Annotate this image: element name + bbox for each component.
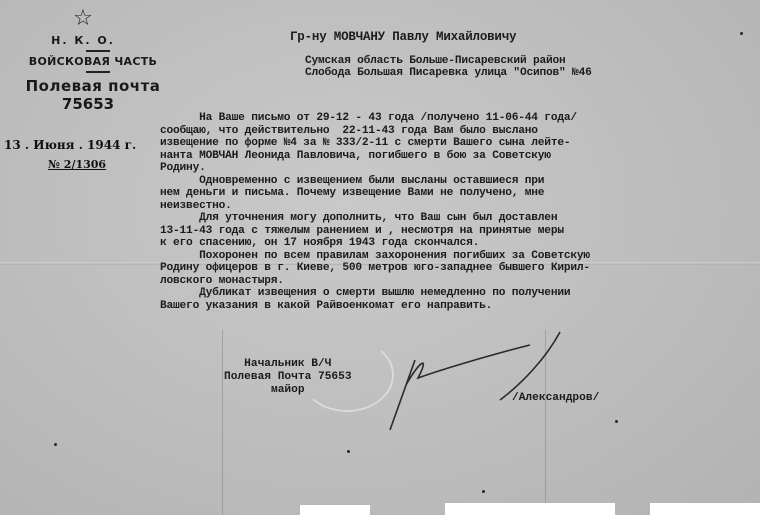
field-post-label: Полевая почта [8,77,178,95]
signatory-title: Начальник В/Ч [244,358,331,370]
letter-line: нем деньги и письма. Почему извещение Ва… [160,187,590,200]
letter-line: неизвестно. [160,200,590,213]
ink-speck [482,490,485,493]
handwritten-date: 13 . Июня . 1944 г. [4,138,136,152]
letter-body: На Ваше письмо от 29-12 - 43 года /получ… [160,112,590,312]
addressee-name: Гр-ну МОВЧАНУ Павлу Михайловичу [290,31,516,44]
divider [86,71,110,73]
star-icon: ☆ [0,8,178,30]
letter-line: Одновременно с извещением были высланы о… [160,175,590,188]
signatory-name: /Александров/ [512,392,599,404]
letter-line: сообщаю, что действительно 22-11-43 года… [160,125,590,138]
address-line-1: Сумская область Больше-Писаревский район [305,55,566,68]
signatory-rank: майор [271,384,305,396]
stamp-org: Н. К. О. [0,34,178,47]
letter-line: ловского монастыря. [160,275,590,288]
letter-line: Родину. [160,162,590,175]
letter-line: Для уточнения могу дополнить, что Ваш сы… [160,212,590,225]
letter-line: Вашего указания в какой Райвоенкомат его… [160,300,590,313]
letter-line: Дубликат извещения о смерти вышлю немедл… [160,287,590,300]
stamp-unit: ВОЙСКОВАЯ ЧАСТЬ [8,55,178,68]
torn-edge [445,503,615,515]
letter-line: Родину офицеров в г. Киеве, 500 метров ю… [160,262,590,275]
field-post-number: 75653 [0,95,178,113]
letter-line: извещение по форме №4 за № 333/2-11 с см… [160,137,590,150]
fold-crease [222,330,223,515]
letter-line: к его спасению, он 17 ноября 1943 года с… [160,237,590,250]
outgoing-number: № 2/1306 [48,158,106,171]
ink-speck [740,32,743,35]
torn-edge [300,505,370,515]
signatory-unit: Полевая Почта 75653 [224,371,352,383]
letter-line: нанта МОВЧАН Леонида Павловича, погибшег… [160,150,590,163]
ink-speck [54,443,57,446]
letter-line: На Ваше письмо от 29-12 - 43 года /получ… [160,112,590,125]
handwritten-signature [370,330,570,440]
letter-line: Похоронен по всем правилам захоронения п… [160,250,590,263]
document-scan: ☆ Н. К. О. ВОЙСКОВАЯ ЧАСТЬ Полевая почта… [0,0,760,515]
divider [86,50,110,52]
military-unit-stamp: ☆ Н. К. О. ВОЙСКОВАЯ ЧАСТЬ Полевая почта… [8,8,178,113]
signatory-block: Начальник В/Ч Полевая Почта 75653 майор [224,358,352,397]
letter-line: 13-11-43 года с тяжелым ранением и , нес… [160,225,590,238]
ink-speck [615,420,618,423]
torn-edge [650,503,760,515]
address-line-2: Слобода Большая Писаревка улица "Осипов"… [305,67,592,80]
ink-speck [347,450,350,453]
